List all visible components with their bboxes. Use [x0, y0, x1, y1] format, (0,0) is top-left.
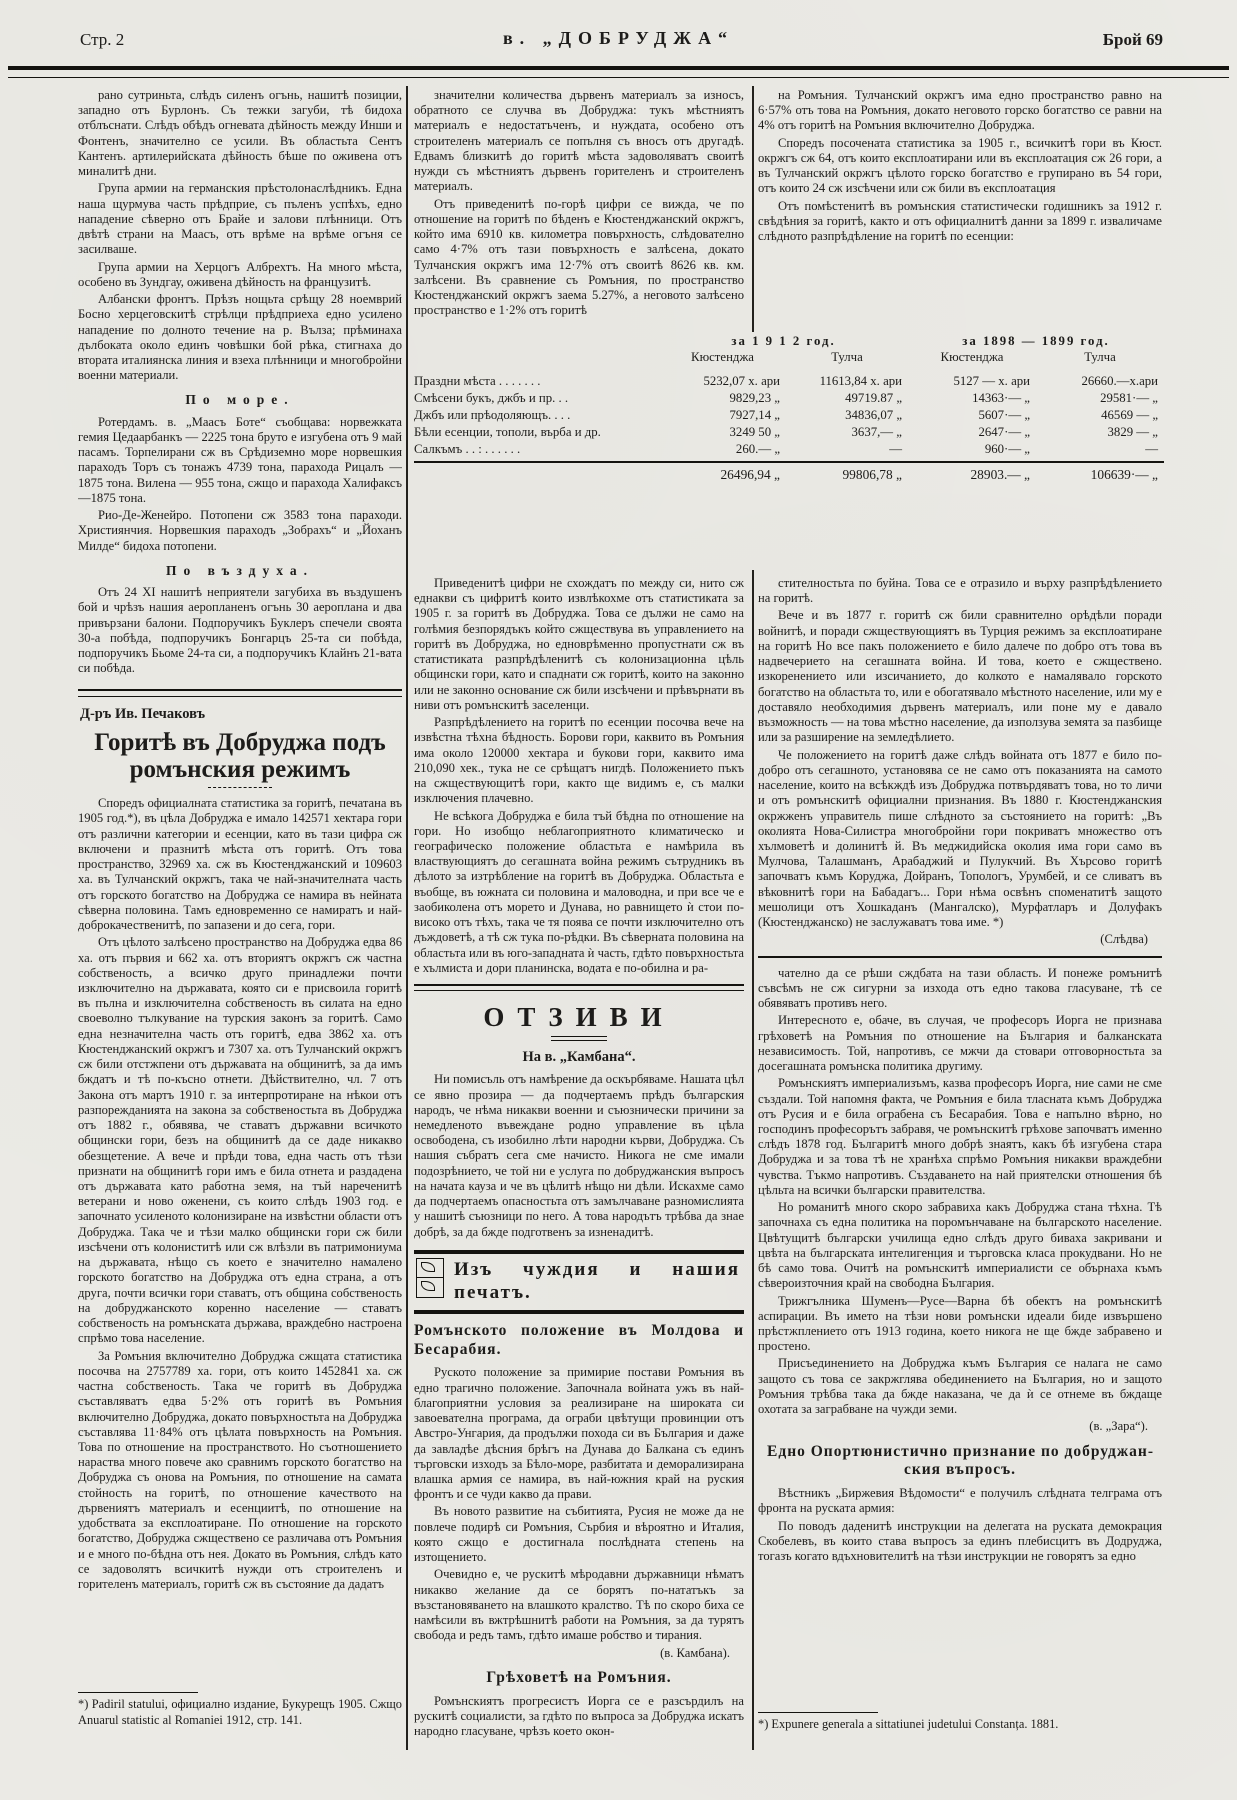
paragraph: Отъ приведенитѣ по-горѣ цифри се вижда, … — [414, 197, 744, 319]
table-total: 99806,78 „ — [786, 461, 908, 484]
footnote-text: *) Padiril statului, официално издание, … — [78, 1697, 402, 1727]
section-heading-sea: По море. — [78, 392, 402, 408]
table-cell: 29581·— „ — [1036, 390, 1164, 407]
table-cell: 7927,14 „ — [659, 407, 786, 424]
table-cell: 960·— „ — [908, 441, 1036, 458]
table-cell: — — [1036, 441, 1164, 458]
article-byline: Д-ръ Ив. Печаковъ — [80, 706, 402, 724]
press-paragraph: Въ новото развитие на събитията, Русия н… — [414, 1504, 744, 1565]
table-cell: 260.— „ — [659, 441, 786, 458]
table-total: 26496,94 „ — [659, 461, 786, 484]
paragraph: Приведенитѣ цифри не схождатъ по между с… — [414, 576, 744, 713]
article-divider — [78, 689, 402, 697]
paragraph: Интересното е, обаче, въ случая, че проф… — [758, 1013, 1162, 1074]
table-year-group-1899: за 1898 — 1899 год. — [908, 334, 1164, 350]
headline-ornament — [208, 787, 272, 788]
column-1: рано сутриньта, слѣдъ силенъ огънь, наши… — [78, 88, 402, 1684]
table-row-label: Праздни мѣста . . . . . . . — [414, 373, 659, 390]
paragraph: Ромънскиятъ империализъмъ, казва професо… — [758, 1076, 1162, 1198]
column-2-bottom: Приведенитѣ цифри не схождатъ по между с… — [414, 576, 744, 1792]
section-heading-air: По въздуха. — [78, 563, 402, 579]
sea-paragraph: Ротердамъ. в. „Маасъ Боте“ съобщава: нор… — [78, 415, 402, 506]
table-cell: 5232,07 х. ари — [659, 373, 786, 390]
table-cell: 2647·— „ — [908, 424, 1036, 441]
otzivi-subtitle: На в. „Камбана“. — [414, 1049, 744, 1067]
table-cell: 46569 — „ — [1036, 407, 1164, 424]
paragraph: стителностьта по буйна. Това се е отрази… — [758, 576, 1162, 606]
press-section-title: Изъ чуждия и нашия печатъ. — [454, 1259, 740, 1303]
press-paragraph: Руското положение за примирие постави Ро… — [414, 1365, 744, 1502]
article-paragraph: За Ромъния включително Добруджа сжщата с… — [78, 1349, 402, 1593]
article-headline: Горитѣ въ Добруджа подъ ромънския режимъ — [78, 729, 402, 783]
column-2-top: значителни количества дървенъ материалъ … — [414, 88, 744, 334]
table-col-header: Тулча — [1036, 350, 1164, 373]
section-rule — [414, 984, 744, 991]
table-row-label: Джбъ или прѣодоляющъ. . . . — [414, 407, 659, 424]
paragraph: Вече и въ 1877 г. горитѣ сж били сравнит… — [758, 608, 1162, 745]
table-col-header: Кюстенджа — [908, 350, 1036, 373]
paragraph: Присъединението на Добруджа къмъ Българи… — [758, 1356, 1162, 1417]
table-row-label: Бѣли есенции, тополи, върба и др. — [414, 424, 659, 441]
air-paragraph: Отъ 24 XI нашитѣ неприятели загубиха въ … — [78, 585, 402, 676]
paragraph: чателно да се рѣши сждбата на тази облас… — [758, 966, 1162, 1012]
paragraph: Не всѣкога Добруджа е била тъй бѣдна по … — [414, 809, 744, 977]
table-cell: 5607·— „ — [908, 407, 1036, 424]
paragraph: Разпрѣдѣлението на горитѣ по есенции пос… — [414, 715, 744, 806]
footnote-column-1: *) Padiril statului, официално издание, … — [78, 1692, 402, 1728]
footnote-rule — [78, 1692, 198, 1693]
war-paragraph: Група армии на германския прѣстолонаслѣд… — [78, 181, 402, 257]
press-ornament-icon — [416, 1258, 444, 1298]
issue-number: Брой 69 — [1103, 30, 1163, 50]
continuation-marker: (Слѣдва) — [758, 932, 1162, 947]
table-cell: 3637,— „ — [786, 424, 908, 441]
table-cell: 34836,07 „ — [786, 407, 908, 424]
paragraph: Вѣстникъ „Биржевия Вѣдомости“ е получилъ… — [758, 1486, 1162, 1516]
press-paragraph: Ромънскиятъ прогресистъ Иорга се е разсъ… — [414, 1694, 744, 1740]
table-row-label: Салкъмъ . . : . . . . . . — [414, 441, 659, 458]
otzivi-ornament — [551, 1036, 607, 1041]
paragraph: Отъ помѣстенитѣ въ ромънския статистичес… — [758, 199, 1162, 245]
table-cell: — — [786, 441, 908, 458]
paragraph: Трижгълника Шуменъ—Русе—Варна бѣ обектъ … — [758, 1294, 1162, 1355]
column-3-bottom: стителностьта по буйна. Това се е отрази… — [758, 576, 1162, 1696]
footnote-rule — [758, 1712, 878, 1713]
section-rule — [758, 956, 1162, 958]
paragraph: Но романитѣ много скоро забравиха какъ Д… — [758, 1200, 1162, 1291]
press-paragraph: Очевидно е, че рускитѣ мѣродавни държавн… — [414, 1567, 744, 1643]
table-col-header: Кюстенджа — [659, 350, 786, 373]
table-row-label: Смѣсени букъ, джбъ и пр. . . — [414, 390, 659, 407]
press-article1-signature: (в. Камбана). — [414, 1646, 744, 1661]
table-cell: 26660.—х.ари — [1036, 373, 1164, 390]
column-3-top: на Ромъния. Тулчанский окржгъ има едно п… — [758, 88, 1162, 334]
press-section-box: Изъ чуждия и нашия печатъ. — [414, 1250, 744, 1314]
column-rule-1 — [406, 86, 408, 1750]
war-paragraph: Албански фронтъ. Прѣзъ нощьта срѣщу 28 н… — [78, 292, 402, 383]
paragraph: Че положението на горитѣ даже слѣдъ войн… — [758, 748, 1162, 931]
paragraph: Споредъ посочената статистика за 1905 г.… — [758, 136, 1162, 197]
table-year-group-1912: за 1 9 1 2 год. — [659, 334, 908, 350]
opportunist-article-title: Едно Опортюнистично признание по добрудж… — [758, 1443, 1162, 1481]
press-article2-title: Грѣховетѣ на Ромъния. — [414, 1669, 744, 1688]
column-rule-2a — [752, 86, 754, 332]
table-total: 106639·— „ — [1036, 461, 1164, 484]
footnote-column-3: *) Expunere generala a sittatiunei judet… — [758, 1712, 1162, 1733]
paragraph: По поводъ даденитѣ инструкции на делегат… — [758, 1519, 1162, 1565]
paragraph: на Ромъния. Тулчанский окржгъ има едно п… — [758, 88, 1162, 134]
war-paragraph: рано сутриньта, слѣдъ силенъ огънь, наши… — [78, 88, 402, 179]
masthead: в. „ДОБРУДЖА“ — [0, 28, 1237, 49]
table-cell: 14363·— „ — [908, 390, 1036, 407]
table-cell: 5127 — х. ари — [908, 373, 1036, 390]
paragraph: значителни количества дървенъ материалъ … — [414, 88, 744, 195]
forest-statistics-table: за 1 9 1 2 год. за 1898 — 1899 год. Кюст… — [414, 334, 1164, 572]
table-cell: 3829 — „ — [1036, 424, 1164, 441]
table-cell: 11613,84 х. ари — [786, 373, 908, 390]
masthead-rule — [8, 66, 1229, 78]
footnote-text: *) Expunere generala a sittatiunei judet… — [758, 1717, 1058, 1731]
otzivi-section-title: ОТЗИВИ — [414, 1001, 744, 1034]
press-article1-title: Ромънското положение въ Молдова и Бесара… — [414, 1322, 744, 1360]
newspaper-page: Стр. 2 в. „ДОБРУДЖА“ Брой 69 рано сутрин… — [0, 0, 1237, 1800]
article-paragraph: Отъ цѣлото залѣсено пространство на Добр… — [78, 935, 402, 1346]
table-cell: 9829,23 „ — [659, 390, 786, 407]
article-signature: (в. „Зара“). — [758, 1419, 1162, 1434]
table-total: 28903.— „ — [908, 461, 1036, 484]
article-paragraph: Споредъ официалната статистика за горитѣ… — [78, 796, 402, 933]
table-col-header: Тулча — [786, 350, 908, 373]
sea-paragraph: Рио-Де-Женейро. Потопени сж 3583 тона па… — [78, 508, 402, 554]
table-cell: 3249 50 „ — [659, 424, 786, 441]
otzivi-paragraph: Ни помисъль отъ намѣрение да оскърбяваме… — [414, 1072, 744, 1240]
war-paragraph: Група армии на Херцогъ Албрехтъ. На мног… — [78, 260, 402, 290]
table-cell: 49719.87 „ — [786, 390, 908, 407]
column-rule-2b — [752, 570, 754, 1750]
